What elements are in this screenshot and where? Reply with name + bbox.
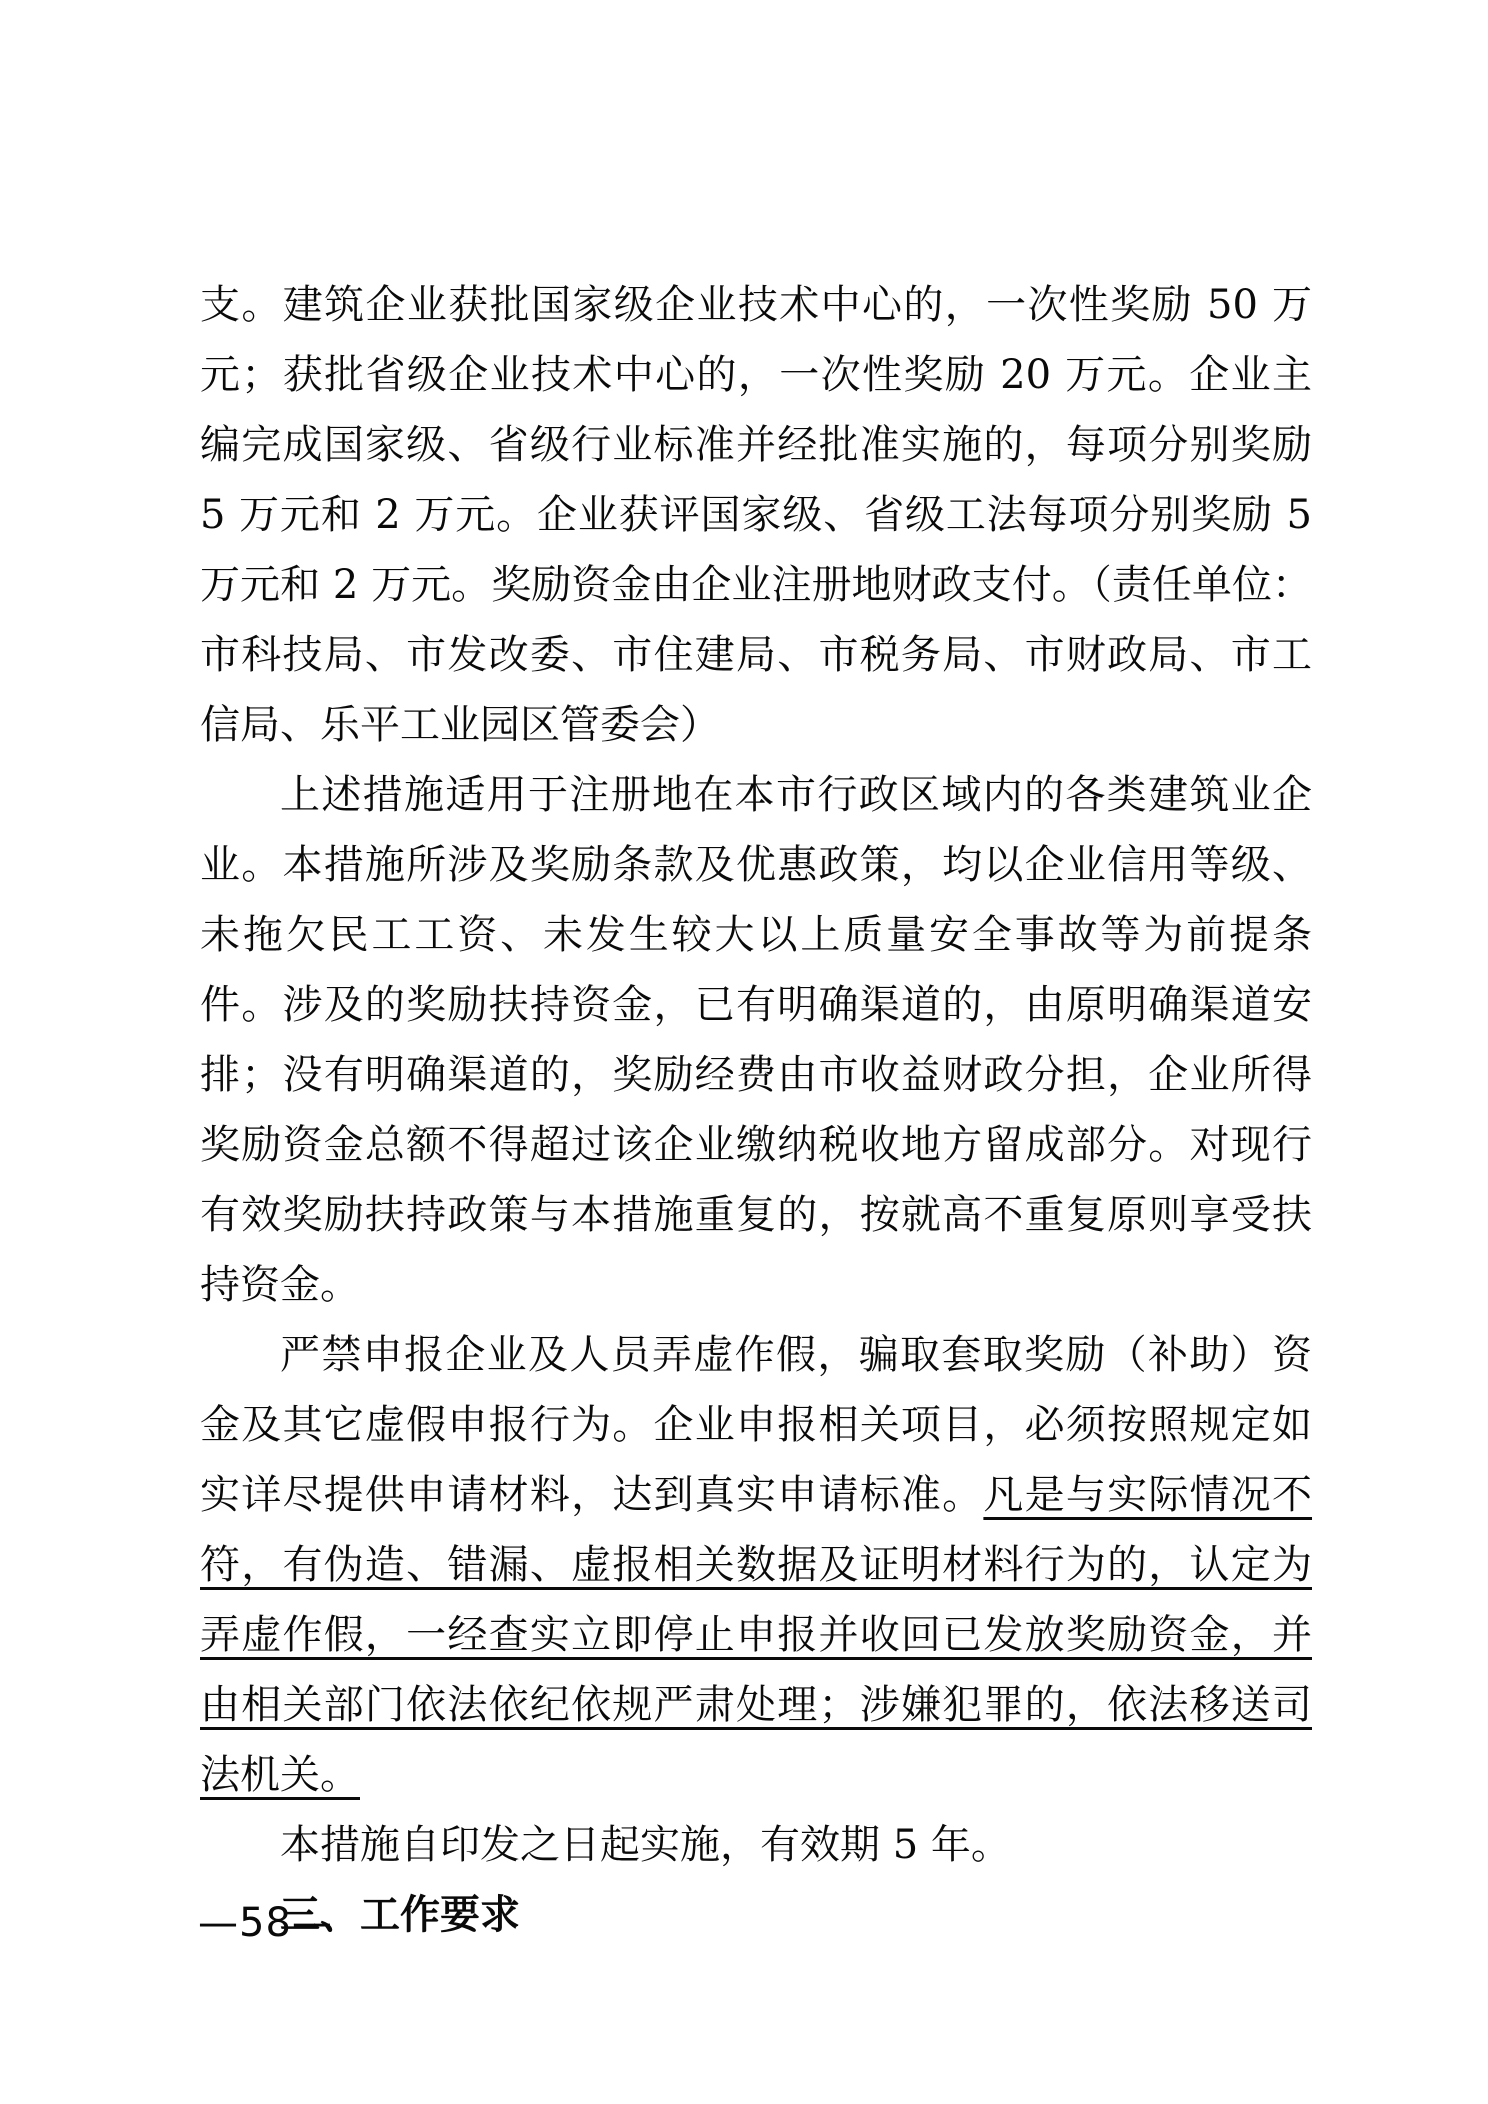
section-heading-work-requirements: 三、工作要求	[200, 1880, 1312, 1950]
paragraph-effective-period: 本措施自印发之日起实施，有效期 5 年。	[200, 1810, 1312, 1880]
paragraph-text: 本措施自印发之日起实施，有效期 5 年。	[280, 1822, 1011, 1868]
paragraph-text: 支。建筑企业获批国家级企业技术中心的，一次性奖励 50 万元；获批省级企业技术中…	[200, 282, 1325, 748]
paragraph-applicability: 上述措施适用于注册地在本市行政区域内的各类建筑业企业。本措施所涉及奖励条款及优惠…	[200, 760, 1312, 1320]
document-body: 支。建筑企业获批国家级企业技术中心的，一次性奖励 50 万元；获批省级企业技术中…	[200, 270, 1312, 1950]
page-number: —58—	[198, 1900, 333, 1946]
paragraph-fraud-warning: 严禁申报企业及人员弄虚作假，骗取套取奖励（补助）资金及其它虚假申报行为。企业申报…	[200, 1320, 1312, 1810]
underlined-penalty-clause: 凡是与实际情况不符，有伪造、错漏、虚报相关数据及证明材料行为的，认定为弄虚作假，…	[200, 1472, 1312, 1798]
document-page: 支。建筑企业获批国家级企业技术中心的，一次性奖励 50 万元；获批省级企业技术中…	[0, 0, 1488, 2104]
paragraph-text: 上述措施适用于注册地在本市行政区域内的各类建筑业企业。本措施所涉及奖励条款及优惠…	[200, 772, 1312, 1308]
paragraph-rewards-continued: 支。建筑企业获批国家级企业技术中心的，一次性奖励 50 万元；获批省级企业技术中…	[200, 270, 1312, 760]
